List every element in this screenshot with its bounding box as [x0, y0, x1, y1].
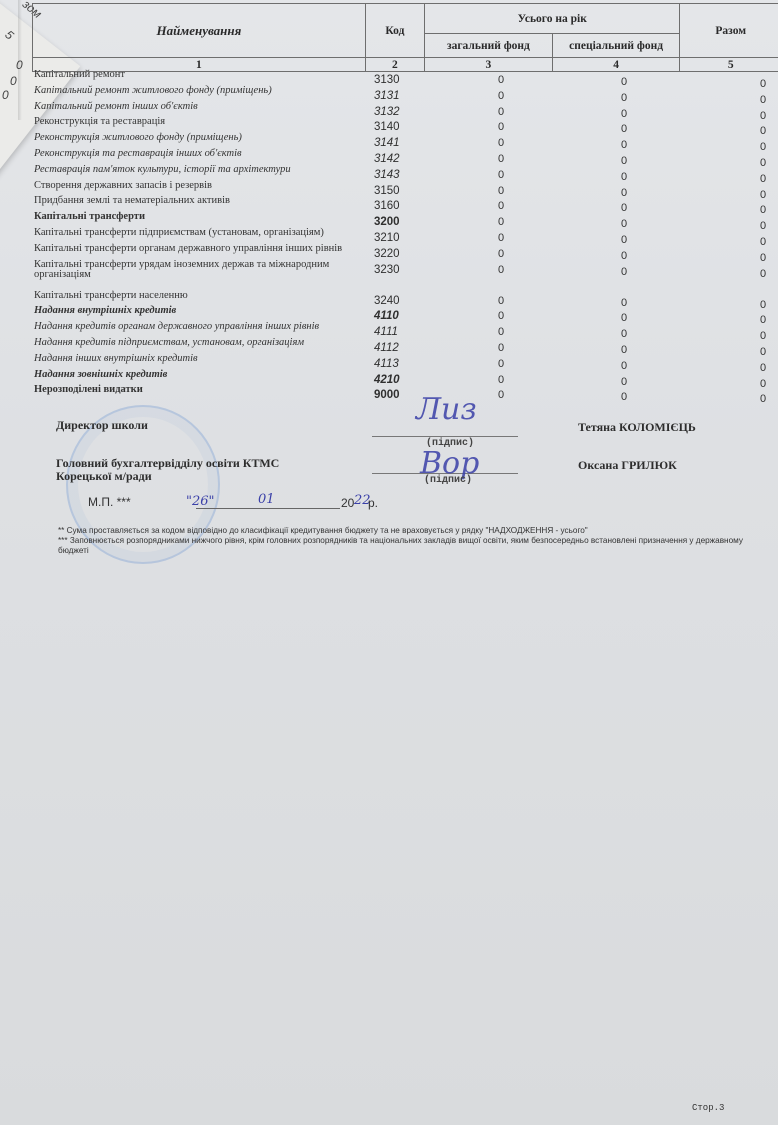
table-row: Капітальні трансферти органам державного… — [32, 244, 778, 260]
table-row: Капітальні трансферти урядам іноземних д… — [32, 260, 778, 291]
row-general-fund: 0 — [498, 216, 504, 228]
row-code: 3142 — [374, 153, 404, 165]
table-row: Надання кредитів підприємствам, установа… — [32, 338, 778, 354]
row-general-fund: 0 — [498, 200, 504, 212]
date-month: 01 — [258, 492, 275, 507]
row-general-fund: 0 — [498, 389, 504, 401]
row-name: Реставрація пам'яток культури, історії т… — [34, 165, 354, 175]
row-name: Реконструкція житлового фонду (приміщень… — [34, 133, 354, 143]
date-year-prefix: 20 — [341, 496, 354, 510]
date-day: "26" — [186, 494, 215, 509]
row-name: Надання кредитів підприємствам, установа… — [34, 338, 354, 348]
table-row: Капітальні трансферти3200000 — [32, 212, 778, 228]
row-total: 0 — [760, 393, 766, 405]
table-row: Капітальний ремонт житлового фонду (прим… — [32, 86, 778, 102]
row-name: Реконструкція та реставрація інших об'єк… — [34, 149, 354, 159]
row-code: 3210 — [374, 232, 404, 244]
header-name: Найменування — [33, 4, 366, 58]
row-general-fund: 0 — [498, 342, 504, 354]
table-row: Надання інших внутрішніх кредитів4113000 — [32, 354, 778, 370]
row-code: 4110 — [374, 310, 404, 322]
row-name: Реконструкція та реставрація — [34, 117, 354, 127]
row-code: 3230 — [374, 264, 404, 276]
header-total: Разом — [680, 4, 778, 58]
row-name: Капітальні трансферти підприємствам (уст… — [34, 228, 354, 238]
director-signature: Лиз — [416, 392, 477, 427]
row-general-fund: 0 — [498, 295, 504, 307]
row-general-fund: 0 — [498, 74, 504, 86]
header-year-total: Усього на рік — [425, 4, 680, 34]
row-general-fund: 0 — [498, 169, 504, 181]
row-name: Нерозподілені видатки — [34, 385, 354, 395]
row-general-fund: 0 — [498, 264, 504, 276]
row-name: Капітальний ремонт — [34, 70, 354, 80]
table-body: Капітальний ремонт3130000Капітальний рем… — [32, 70, 778, 401]
table-row: Надання зовнішніх кредитів4210000 — [32, 370, 778, 386]
table-row: Капітальні трансферти населенню3240000 — [32, 291, 778, 307]
row-code: 3200 — [374, 216, 404, 228]
row-name: Надання зовнішніх кредитів — [34, 370, 354, 380]
date-day-value: "26" — [186, 494, 215, 509]
table-row: Створення державних запасів і резервів31… — [32, 181, 778, 197]
table-row: Реконструкція та реставрація інших об'єк… — [32, 149, 778, 165]
table-row: Придбання землі та нематеріальних активі… — [32, 196, 778, 212]
row-name: Капітальні трансферти — [34, 212, 354, 222]
row-name: Придбання землі та нематеріальних активі… — [34, 196, 354, 206]
row-code: 4113 — [374, 358, 404, 370]
table-row: Надання кредитів органам державного упра… — [32, 322, 778, 338]
table-row: Капітальний ремонт3130000 — [32, 70, 778, 86]
row-code: 3140 — [374, 121, 404, 133]
row-special-fund: 0 — [621, 266, 627, 278]
accountant-title-line2: Корецької м/ради — [56, 469, 152, 484]
row-code: 9000 — [374, 389, 404, 401]
row-code: 3240 — [374, 295, 404, 307]
table-header: Найменування Код Усього на рік Разом заг… — [32, 3, 778, 72]
header-special-fund: спеціальний фонд — [552, 34, 680, 58]
row-code: 3141 — [374, 137, 404, 149]
row-name: Надання кредитів органам державного упра… — [34, 322, 354, 332]
row-total: 0 — [760, 268, 766, 280]
stamp-label: М.П. *** — [88, 495, 131, 509]
row-general-fund: 0 — [498, 358, 504, 370]
row-general-fund: 0 — [498, 185, 504, 197]
table-row: Реставрація пам'яток культури, історії т… — [32, 165, 778, 181]
row-general-fund: 0 — [498, 153, 504, 165]
signature-caption: (підпис) — [424, 475, 472, 486]
date-line — [196, 508, 340, 509]
row-general-fund: 0 — [498, 90, 504, 102]
director-title: Директор школи — [56, 418, 148, 433]
table-row: Капітальний ремонт інших об'єктів3132000 — [32, 102, 778, 118]
row-general-fund: 0 — [498, 326, 504, 338]
row-general-fund: 0 — [498, 310, 504, 322]
row-name: Капітальний ремонт інших об'єктів — [34, 102, 354, 112]
row-code: 4111 — [374, 326, 404, 338]
row-name: Надання інших внутрішніх кредитів — [34, 354, 354, 364]
footnote-2: ** Сума проставляється за кодом відповід… — [58, 526, 758, 536]
row-general-fund: 0 — [498, 121, 504, 133]
row-code: 3160 — [374, 200, 404, 212]
row-name: Капітальні трансферти урядам іноземних д… — [34, 260, 354, 280]
previous-page-value: 0 — [10, 74, 17, 88]
row-code: 4112 — [374, 342, 404, 354]
row-code: 3130 — [374, 74, 404, 86]
table-row: Реконструкція та реставрація3140000 — [32, 117, 778, 133]
row-name: Створення державних запасів і резервів — [34, 181, 354, 191]
page-edge-shadow — [18, 0, 22, 120]
table-row: Капітальні трансферти підприємствам (уст… — [32, 228, 778, 244]
header-general-fund: загальний фонд — [425, 34, 553, 58]
director-signature-line — [372, 436, 518, 437]
row-general-fund: 0 — [498, 106, 504, 118]
row-name: Капітальний ремонт житлового фонду (прим… — [34, 86, 354, 96]
row-name: Капітальні трансферти населенню — [34, 291, 354, 301]
table-row: Нерозподілені видатки9000000 — [32, 385, 778, 401]
row-code: 3132 — [374, 106, 404, 118]
row-special-fund: 0 — [621, 391, 627, 403]
table-row: Надання внутрішніх кредитів4110000 — [32, 306, 778, 322]
table-row: Реконструкція житлового фонду (приміщень… — [32, 133, 778, 149]
previous-page-value: 0 — [2, 88, 9, 102]
row-name: Капітальні трансферти органам державного… — [34, 244, 354, 254]
footnotes: ** Сума проставляється за кодом відповід… — [58, 526, 758, 556]
row-code: 3220 — [374, 248, 404, 260]
accountant-name: Оксана ГРИЛЮК — [578, 458, 677, 473]
date-year-end: р. — [368, 496, 378, 510]
row-code: 3150 — [374, 185, 404, 197]
page-number: Стор.3 — [692, 1103, 724, 1113]
row-code: 3143 — [374, 169, 404, 181]
row-general-fund: 0 — [498, 137, 504, 149]
row-code: 3131 — [374, 90, 404, 102]
footnote-3: *** Заповнюється розпорядниками нижчого … — [58, 536, 758, 556]
row-name: Надання внутрішніх кредитів — [34, 306, 354, 316]
row-code: 4210 — [374, 374, 404, 386]
row-general-fund: 0 — [498, 374, 504, 386]
row-general-fund: 0 — [498, 232, 504, 244]
header-code: Код — [365, 4, 424, 58]
director-name: Тетяна КОЛОМІЄЦЬ — [578, 420, 696, 435]
row-general-fund: 0 — [498, 248, 504, 260]
